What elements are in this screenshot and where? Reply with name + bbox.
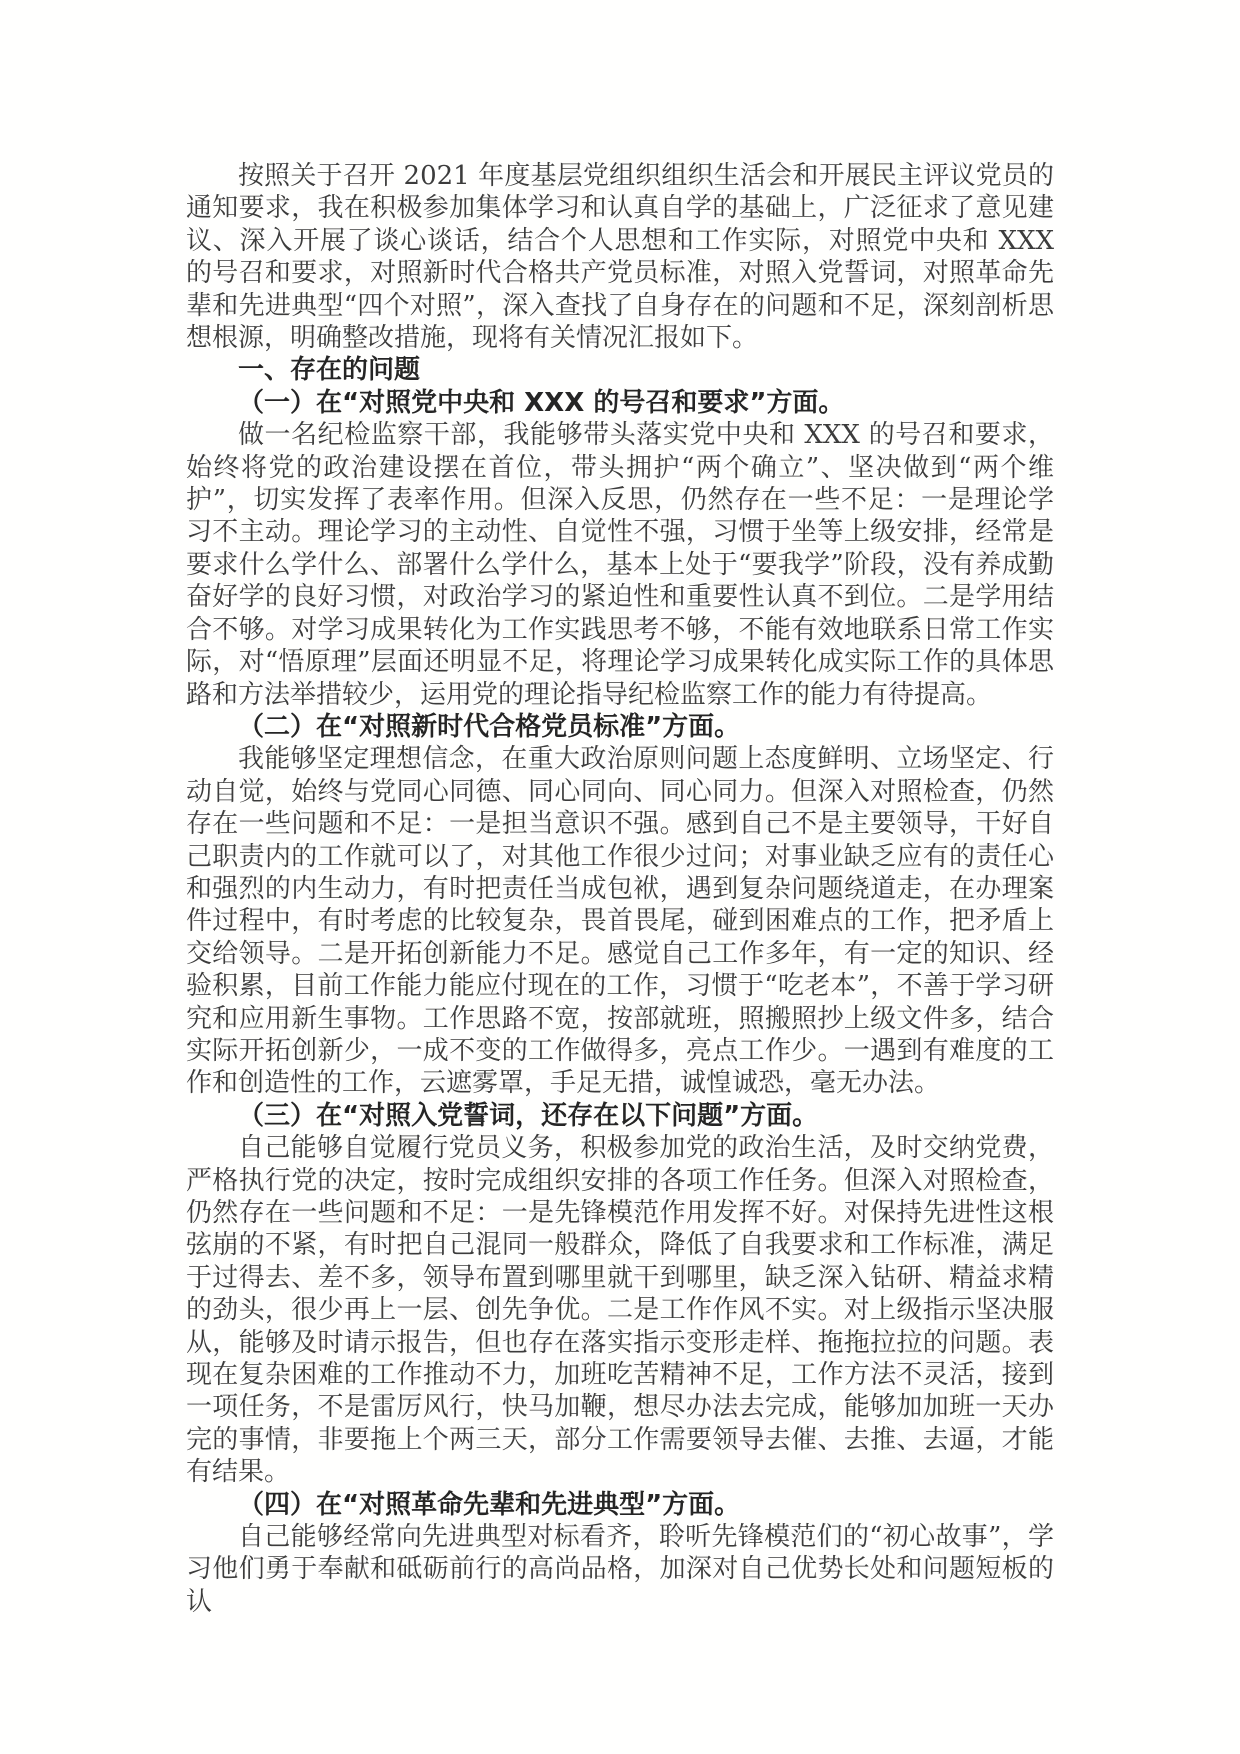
paragraph: 做一名纪检监察干部，我能够带头落实党中央和 XXX 的号召和要求，始终将党的政治…: [186, 419, 1054, 711]
section-heading: （一）在“对照党中央和 XXX 的号召和要求”方面。: [186, 387, 1054, 419]
paragraph: 自己能够经常向先进典型对标看齐，聆听先锋模范们的“初心故事”，学习他们勇于奉献和…: [186, 1521, 1054, 1618]
section-heading: （四）在“对照革命先辈和先进典型”方面。: [186, 1489, 1054, 1521]
paragraph: 自己能够自觉履行党员义务，积极参加党的政治生活，及时交纳党费，严格执行党的决定，…: [186, 1132, 1054, 1488]
section-heading: （三）在“对照入党誓词，还存在以下问题”方面。: [186, 1100, 1054, 1132]
section-heading: （二）在“对照新时代合格党员标准”方面。: [186, 711, 1054, 743]
document-body: 按照关于召开 2021 年度基层党组织组织生活会和开展民主评议党员的通知要求，我…: [186, 160, 1054, 1618]
paragraph: 我能够坚定理想信念，在重大政治原则问题上态度鲜明、立场坚定、行动自觉，始终与党同…: [186, 743, 1054, 1099]
document-page: 按照关于召开 2021 年度基层党组织组织生活会和开展民主评议党员的通知要求，我…: [0, 0, 1240, 1754]
paragraph: 按照关于召开 2021 年度基层党组织组织生活会和开展民主评议党员的通知要求，我…: [186, 160, 1054, 354]
section-heading: 一、存在的问题: [186, 354, 1054, 386]
